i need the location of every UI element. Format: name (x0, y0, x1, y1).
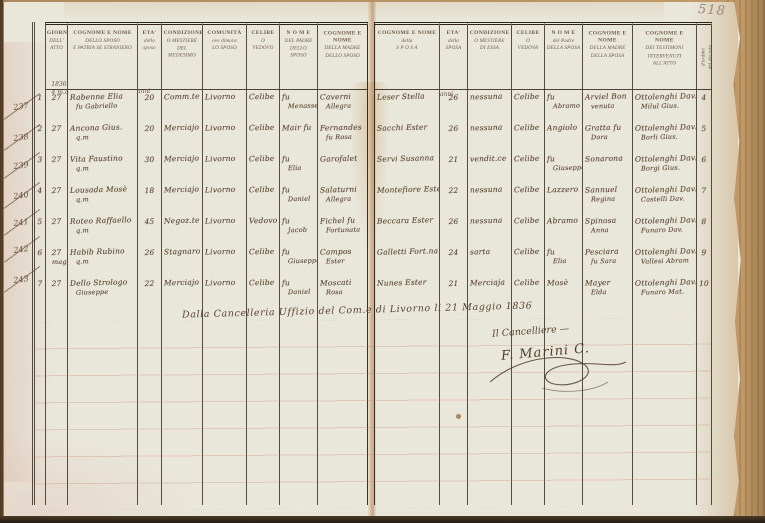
table-empty-extension (32, 307, 712, 505)
header-line: CELIBE (248, 30, 277, 37)
month-annotation: 4 m.o (49, 89, 71, 96)
header-line: DELLO SPOSO (71, 38, 134, 45)
handwritten-text: Vallesi Abram (635, 256, 695, 266)
empty-cell (68, 307, 138, 505)
cell-comunita: Livorno (203, 214, 247, 245)
handwritten-text: q.m (70, 163, 136, 173)
table-row: 227Ancona Gius.q.m20MerciajoLivornoCelib… (32, 121, 712, 152)
empty-cell (46, 307, 68, 505)
handwritten-text: Funaro Mat. (635, 287, 695, 297)
empty-cell (203, 307, 247, 505)
handwritten-text: Anna (585, 225, 631, 235)
empty-cell (318, 307, 368, 505)
header-line: N O M E (281, 30, 315, 37)
handwritten-text: Celibe (249, 124, 278, 133)
header-line: CONDIZIONE (470, 30, 510, 37)
handwritten-text: Elia (547, 256, 581, 265)
photo-edge-left (0, 0, 3, 523)
handwritten-text: Celibe (514, 217, 543, 226)
cell-eta_sposo: 45 (138, 214, 162, 245)
cell-cond_sposa: nessuna (468, 121, 512, 152)
handwritten-text: Borgi Gius. (635, 163, 695, 173)
handwritten-text: fu (547, 155, 581, 164)
header-cell-eta1: ETA'dellosposo (138, 22, 162, 90)
cell-stato_sposo: Celibe (247, 90, 280, 121)
handwritten-text: Merciajo (164, 155, 201, 164)
cell-padre_sposa: fuAbramo (545, 90, 583, 121)
handwritten-text: q.m (70, 225, 136, 235)
header-line: COMUNITÀ (205, 30, 245, 37)
handwritten-text: Leser Stella (377, 92, 438, 102)
header-line: INTERVENUTI ALL'ATTO (636, 53, 694, 67)
cell-padre_sposo: fuDaniel (280, 276, 318, 307)
empty-cell (545, 307, 583, 505)
seam-cell (368, 214, 375, 245)
header-line: GIORNO (47, 30, 66, 37)
cell-padre_sposa: fuElia (545, 245, 583, 276)
seam-cell (368, 90, 375, 121)
cell-stato_sposo: Celibe (247, 276, 280, 307)
handwritten-text: Abramo (547, 101, 581, 110)
handwritten-text: 21 (440, 280, 467, 289)
vertical-header-text: NUMEROd'ordinedel decreto (697, 27, 712, 87)
header-line: del Padre (546, 38, 580, 45)
handwritten-text: Celibe (514, 279, 543, 288)
handwritten-text: Celibe (249, 93, 278, 102)
cell-cond_sposa: nessuna (468, 214, 512, 245)
cell-stato_sposa: Celibe (512, 245, 545, 276)
cell-comunita: Livorno (203, 90, 247, 121)
handwritten-text: 22 (440, 187, 467, 196)
cell-giorno: 27 (46, 183, 68, 214)
cell-padre_sposa: Angiolo (545, 121, 583, 152)
handwritten-text: Allegra (320, 194, 366, 204)
cell-numero: 9 (697, 245, 712, 276)
cell-madre_sposo: SalaturniAllegra (318, 183, 368, 214)
handwritten-text: Milul Gius. (635, 101, 695, 111)
handwritten-text: Celibe (514, 93, 543, 102)
cell-cond_sposo: Negoz.te (162, 214, 203, 245)
header-line: DELLO SPOSO (320, 53, 365, 60)
header-line: ETA' (139, 30, 160, 37)
handwritten-text: fu (282, 217, 316, 226)
handwritten-text: Merciaja (470, 278, 510, 288)
cell-eta_sposa: 21 (440, 152, 468, 183)
cell-sposa: Leser Stella (375, 90, 440, 121)
cell-padre_sposo: fuGiuseppe (280, 245, 318, 276)
cell-stato_sposa: Celibe (512, 183, 545, 214)
cell-sposo: Vita Faustinoq.m (68, 152, 138, 183)
empty-cell (375, 307, 440, 505)
handwritten-text: mag.o (46, 257, 67, 266)
handwritten-text: 30 (138, 156, 161, 165)
handwritten-text: Comm.te (164, 93, 201, 102)
seam-cell (368, 121, 375, 152)
header-line: DEL PADRE (281, 38, 315, 45)
handwritten-text: 24 (440, 249, 467, 258)
handwritten-text: 6 (35, 249, 45, 258)
handwritten-text: Menasse (282, 101, 316, 110)
page-number: 518 (698, 2, 727, 19)
handwritten-text: 20 (138, 125, 161, 134)
header-line: della (378, 38, 437, 45)
handwritten-text: Celibe (249, 155, 278, 164)
empty-cell (368, 307, 375, 505)
header-line: DELLA MADRE (585, 45, 630, 52)
cell-testimoni: Ottolenghi Dav.Funaro Mat. (633, 276, 697, 307)
header-cell-sposo: COGNOME E NOMEDELLO SPOSOE PATRIA SE STR… (68, 22, 138, 90)
handwritten-text: fu (547, 93, 581, 102)
empty-cell (138, 307, 162, 505)
cell-sposa: Servi Susanna (375, 152, 440, 183)
handwritten-text: nessuna (470, 185, 510, 195)
handwritten-text: Allegra (320, 101, 366, 111)
handwritten-text: nessuna (470, 216, 510, 226)
empty-cell (697, 307, 712, 505)
cell-stato_sposa: Celibe (512, 152, 545, 183)
handwritten-text: Sonarona (585, 154, 631, 164)
cell-padre_sposo: fuDaniel (280, 183, 318, 214)
handwritten-text: Mosè (547, 279, 581, 288)
header-cell-test: COGNOME E NOMEDEI TESTIMONIINTERVENUTI A… (633, 22, 697, 90)
empty-cell (583, 307, 633, 505)
table-row: 127Rabenne Eliafu Gabriello20Comm.teLivo… (32, 90, 712, 121)
cell-sposa: Beccara Ester (375, 214, 440, 245)
cell-numero: 5 (697, 121, 712, 152)
cell-stato_sposa: Celibe (512, 90, 545, 121)
handwritten-text: 21 (440, 156, 467, 165)
cell-padre_sposa: Mosè (545, 276, 583, 307)
cell-comunita: Livorno (203, 121, 247, 152)
header-cell-cond2: CONDIZIONEO MESTIEREDI ESSA (468, 22, 512, 90)
cell-madre_sposa: Sonarona (583, 152, 633, 183)
table-row: 727Dello StrologoGiuseppe22MerciajoLivor… (32, 276, 712, 307)
handwritten-text: Celibe (249, 248, 278, 257)
header-line: N O M E (546, 30, 580, 37)
handwritten-text: vendit.ce (470, 154, 510, 164)
cell-eta_sposa: 22 (440, 183, 468, 214)
handwritten-text: q.m (70, 132, 136, 142)
cell-giorno: 27mag.o (46, 245, 68, 276)
paper-stain (64, 2, 664, 20)
cell-cond_sposo: Stagnaro (162, 245, 203, 276)
cell-padre_sposa: fuGiuseppe (545, 152, 583, 183)
empty-cell (32, 307, 46, 505)
handwritten-text: Livorno (205, 278, 245, 288)
header-line: DELLA SPOSA (546, 45, 580, 52)
cell-padre_sposa: Abramo (545, 214, 583, 245)
handwritten-text: Giuseppe (282, 256, 316, 265)
cell-eta_sposo: 20 (138, 121, 162, 152)
handwritten-text: fu (282, 93, 316, 102)
handwritten-text: Merciajo (164, 124, 201, 133)
handwritten-text: Livorno (205, 123, 245, 133)
handwritten-text: Elda (585, 287, 631, 297)
cell-padre_sposa: Lazzero (545, 183, 583, 214)
handwritten-text: fu (282, 155, 316, 164)
handwritten-text: q.m (70, 256, 136, 266)
cell-madre_sposo: MoscatiRosa (318, 276, 368, 307)
ledger-page: 518 GIORNODELL'ATTOCOGNOME E NOMEDELLO S… (4, 2, 746, 518)
cell-testimoni: Ottolenghi Dav.Milul Gius. (633, 90, 697, 121)
seam-cell (368, 276, 375, 307)
handwritten-text: fu (547, 248, 581, 257)
header-line: ove dimora (205, 38, 245, 45)
header-line: O MESTIERE (164, 38, 201, 45)
handwritten-text: Nunes Ester (377, 278, 438, 288)
handwritten-text: Celibe (514, 124, 543, 133)
cell-madre_sposo: CamposEster (318, 245, 368, 276)
cell-madre_sposo: Fernandesfu Rosa (318, 121, 368, 152)
cell-eta_sposa: 26 (440, 121, 468, 152)
cell-testimoni: Ottolenghi Dav.Vallesi Abram (633, 245, 697, 276)
handwritten-text: fu Rosa (320, 132, 366, 142)
handwritten-text: Celibe (249, 186, 278, 195)
header-line: DELL' (47, 38, 66, 45)
handwritten-text: nessuna (470, 123, 510, 133)
seam-cell (368, 245, 375, 276)
header-cell-madre2: COGNOME E NOMEDELLA MADREDELLA SPOSA (583, 22, 633, 90)
cell-eta_sposa: 24 (440, 245, 468, 276)
handwritten-text: Ester (320, 256, 366, 266)
cell-numero: 10 (697, 276, 712, 307)
header-cell-com: COMUNITÀove dimoraLO SPOSO (203, 22, 247, 90)
header-line: DEL MEDESIMO (164, 46, 201, 60)
cell-padre_sposo: Mair fu (280, 121, 318, 152)
handwritten-text: Celibe (514, 248, 543, 257)
handwritten-text: fu (282, 279, 316, 288)
cell-padre_sposo: fuElia (280, 152, 318, 183)
cell-comunita: Livorno (203, 152, 247, 183)
header-line: della (441, 38, 466, 45)
handwritten-text: Abramo (547, 217, 581, 226)
header-cell-eta2: ETA'dellaSPOSA (440, 22, 468, 90)
handwritten-text: Funaro Dav. (635, 225, 695, 235)
cell-stato_sposo: Celibe (247, 121, 280, 152)
handwritten-text: fu Gabriello (70, 101, 136, 111)
cell-comunita: Livorno (203, 183, 247, 214)
handwritten-text: Mair fu (282, 124, 316, 133)
header-line: O (513, 38, 542, 45)
header-line: del decreto (708, 29, 712, 84)
cell-cond_sposa: vendit.ce (468, 152, 512, 183)
handwritten-text: 4 (697, 94, 711, 103)
handwritten-text: Castelli Dav. (635, 194, 695, 204)
header-cell-madre1: COGNOME E NOMEDELLA MADREDELLO SPOSO (318, 22, 368, 90)
cell-sposo: Dello StrologoGiuseppe (68, 276, 138, 307)
handwritten-text: nessuna (470, 92, 510, 102)
header-cell-cel1: CELIBEOVEDOVO (247, 22, 280, 90)
cell-sposo: Ancona Gius.q.m (68, 121, 138, 152)
handwritten-text: Beccara Ester (377, 216, 438, 226)
cell-cond_sposa: sarta (468, 245, 512, 276)
cell-comunita: Livorno (203, 276, 247, 307)
header-line: O (248, 38, 277, 45)
cell-eta_sposo: 30 (138, 152, 162, 183)
header-line: DI ESSA (470, 45, 510, 52)
table-row: 427Lousada Mosèq.m18MerciajoLivornoCelib… (32, 183, 712, 214)
signature-flourish (482, 352, 632, 394)
cell-eta_sposo: 22 (138, 276, 162, 307)
cell-sposa: Galletti Fort.na (375, 245, 440, 276)
handwritten-text: 45 (138, 218, 161, 227)
cell-testimoni: Ottolenghi Dav.Castelli Dav. (633, 183, 697, 214)
handwritten-text: q.m (70, 194, 136, 204)
cell-numero: 8 (697, 214, 712, 245)
header-line: DELLO SPOSO (281, 46, 315, 60)
handwritten-text: 5 (697, 125, 711, 134)
anni-annotation-sposo: anni (137, 88, 150, 95)
table-header: GIORNODELL'ATTOCOGNOME E NOMEDELLO SPOSO… (32, 22, 712, 90)
table-body: 127Rabenne Eliafu Gabriello20Comm.teLivo… (32, 90, 712, 307)
cell-giorno: 27 (46, 276, 68, 307)
handwritten-text: fu (282, 248, 316, 257)
table-row: 627mag.oHabib Rubinoq.m26StagnaroLivorno… (32, 245, 712, 276)
handwritten-text: Negoz.te (164, 217, 201, 226)
handwritten-text: Elia (282, 163, 316, 172)
cell-cond_sposa: nessuna (468, 183, 512, 214)
cell-stato_sposo: Vedovo (247, 214, 280, 245)
cell-cond_sposo: Merciajo (162, 276, 203, 307)
header-line: LO SPOSO (205, 45, 245, 52)
header-cell-padre1: N O M EDEL PADREDELLO SPOSO (280, 22, 318, 90)
header-line: E PATRIA SE STRANIERO (71, 45, 134, 52)
cell-madre_sposo: CaverniAllegra (318, 90, 368, 121)
cell-sposo: Habib Rubinoq.m (68, 245, 138, 276)
handwritten-text: fu (282, 186, 316, 195)
handwritten-text: 27 (46, 249, 67, 258)
handwritten-text: Celibe (514, 186, 543, 195)
cell-padre_sposo: fuMenasse (280, 90, 318, 121)
cell-cond_sposo: Merciajo (162, 121, 203, 152)
cell-sposa: Sacchi Ester (375, 121, 440, 152)
handwritten-text: Livorno (205, 154, 245, 164)
handwritten-text: 26 (138, 249, 161, 258)
header-line: ETA' (441, 30, 466, 37)
cell-madre_sposa: SpinosaAnna (583, 214, 633, 245)
handwritten-text: 27 (46, 125, 67, 134)
cell-stato_sposo: Celibe (247, 183, 280, 214)
handwritten-text: Celibe (249, 279, 278, 288)
cell-testimoni: Ottolenghi Dav.Borgi Gius. (633, 152, 697, 183)
cell-eta_sposa: 26 (440, 214, 468, 245)
header-line: VEDOVO (248, 45, 277, 52)
header-line: S P O S A (378, 45, 437, 52)
header-line: sposo (139, 45, 160, 52)
cell-numero: 7 (697, 183, 712, 214)
cell-madre_sposa: Gratta fuDora (583, 121, 633, 152)
cell-sposo: Rabenne Eliafu Gabriello (68, 90, 138, 121)
cell-stato_sposo: Celibe (247, 152, 280, 183)
header-line: COGNOME E NOME (320, 31, 365, 45)
header-line: COGNOME E NOME (636, 31, 694, 45)
header-cell-padre2: N O M Edel PadreDELLA SPOSA (545, 22, 583, 90)
header-cell-sposa: COGNOME E NOMEdellaS P O S A (375, 22, 440, 90)
handwritten-text: sarta (470, 247, 510, 257)
header-cell-num: NUMEROd'ordinedel decreto (697, 22, 712, 90)
anni-annotation-sposa: anni (440, 91, 453, 98)
handwritten-text: Merciajo (164, 279, 201, 288)
cell-cond_sposa: nessuna (468, 90, 512, 121)
handwritten-text: Garofalet (320, 154, 366, 164)
handwritten-text: Livorno (205, 216, 245, 226)
header-line: d'ordine (701, 29, 708, 84)
header-line: COGNOME E NOME (585, 31, 630, 45)
header-cell-giorno: GIORNODELL'ATTO (46, 22, 68, 90)
header-cell-ordine (32, 22, 46, 90)
cell-sposa: Montefiore Ester (375, 183, 440, 214)
seam-cell (368, 152, 375, 183)
cell-madre_sposa: Arviel Bonvenuta (583, 90, 633, 121)
cell-stato_sposa: Celibe (512, 214, 545, 245)
cell-cond_sposo: Comm.te (162, 90, 203, 121)
handwritten-text: Merciajo (164, 186, 201, 195)
header-line: SPOSA (441, 45, 466, 52)
handwritten-text: 26 (440, 125, 467, 134)
handwritten-text: 7 (697, 187, 711, 196)
header-line: DEI TESTIMONI (636, 45, 694, 52)
header-line: DELLA MADRE (320, 45, 365, 52)
cell-stato_sposo: Celibe (247, 245, 280, 276)
seam-cell (368, 22, 375, 90)
year-annotation: 1836 (48, 81, 70, 88)
handwritten-text: 5 (35, 218, 45, 227)
handwritten-text: Regina (585, 194, 631, 204)
cell-stato_sposa: Celibe (512, 121, 545, 152)
header-cell-cel2: CELIBEOVEDOVA (512, 22, 545, 90)
cell-giorno: 27 (46, 121, 68, 152)
handwritten-text: Servi Susanna (377, 154, 438, 164)
header-line: DELLA SPOSA (585, 53, 630, 60)
handwritten-text: Dora (585, 132, 631, 142)
cell-numero: 6 (697, 152, 712, 183)
empty-cell (440, 307, 468, 505)
header-line: O MESTIERE (470, 38, 510, 45)
handwritten-text: Fortunata (320, 225, 366, 235)
table-row: 527Roteo Raffaelloq.m45Negoz.teLivornoVe… (32, 214, 712, 245)
header-line: NUMERO (697, 29, 700, 84)
cell-testimoni: Ottolenghi Dav.Funaro Dav. (633, 214, 697, 245)
handwritten-text: 20 (138, 94, 161, 103)
header-cell-cond1: CONDIZIONEO MESTIEREDEL MEDESIMO (162, 22, 203, 90)
header-line: dello (139, 38, 160, 45)
handwritten-text: venuta (585, 101, 631, 111)
cell-comunita: Livorno (203, 245, 247, 276)
header-line: CELIBE (513, 30, 542, 37)
seam-cell (368, 183, 375, 214)
cell-padre_sposo: fuJacob (280, 214, 318, 245)
handwritten-text: Livorno (205, 185, 245, 195)
handwritten-text: Livorno (205, 92, 245, 102)
handwritten-text: 8 (697, 218, 711, 227)
handwritten-text: Lazzero (547, 186, 581, 195)
handwritten-text: Rosa (320, 287, 366, 297)
handwritten-text: Sacchi Ester (377, 123, 438, 133)
handwritten-text: Jacob (282, 225, 316, 234)
handwritten-text: fu Sara (585, 256, 631, 266)
handwritten-text: 26 (440, 218, 467, 227)
handwritten-text: Borli Gius. (635, 132, 695, 142)
table-row: 327Vita Faustinoq.m30MerciajoLivornoCeli… (32, 152, 712, 183)
header-line: ATTO (47, 45, 66, 52)
handwritten-text: 9 (697, 249, 711, 258)
cell-cond_sposo: Merciajo (162, 183, 203, 214)
handwritten-text: Angiolo (547, 124, 581, 133)
handwritten-text: 27 (46, 218, 67, 227)
cell-madre_sposo: Fichel fuFortunata (318, 214, 368, 245)
empty-cell (247, 307, 280, 505)
cell-eta_sposo: 18 (138, 183, 162, 214)
